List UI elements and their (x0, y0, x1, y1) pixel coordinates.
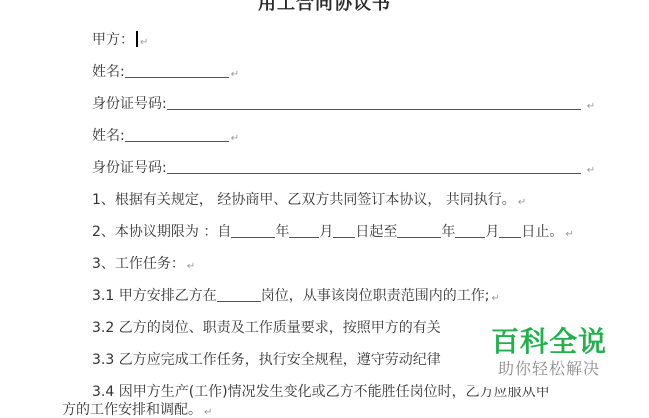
paragraph-mark-icon: ↵ (231, 69, 239, 80)
name-blank-field[interactable] (125, 128, 229, 142)
month-label: 月 (485, 224, 499, 240)
clause-3-text: 3、工作任务： (92, 256, 185, 272)
id-label: 身份证号码: (92, 160, 167, 176)
clause-3-2[interactable]: 3.2 乙方的岗位、职责及工作质量要求，按照甲方的有关 (92, 319, 441, 337)
name-label: 姓名: (92, 128, 125, 144)
clause-3-4-continuation: 方的工作安排和调配。 (62, 402, 202, 418)
id-blank-field[interactable] (167, 96, 581, 110)
id-label: 身份证号码: (92, 96, 167, 112)
day-label: 日起至 (355, 224, 397, 240)
party-a-label: 甲方： (92, 32, 134, 48)
name-blank-field[interactable] (125, 64, 229, 78)
clause-2-prefix: 2、本协议期限为 ：自 (92, 224, 231, 240)
paragraph-mark-icon: ↵ (587, 165, 595, 176)
watermark-logo: 百科全说 助你轻松解决 (474, 325, 624, 387)
name-line-2[interactable]: 姓名:↵ (92, 127, 239, 148)
month-label: 月 (319, 224, 333, 240)
paragraph-mark-icon: ↵ (231, 133, 239, 144)
id-line-2[interactable]: 身份证号码:↵ (92, 159, 595, 180)
year-label: 年 (441, 224, 455, 240)
position-blank[interactable] (217, 288, 261, 302)
start-day-blank[interactable] (333, 224, 355, 238)
watermark-slogan: 助你轻松解决 (474, 359, 624, 379)
paragraph-mark-icon: ↵ (491, 293, 499, 304)
paragraph-mark-icon: ↵ (187, 261, 195, 272)
paragraph-mark-icon: ↵ (587, 101, 595, 112)
start-year-blank[interactable] (231, 224, 275, 238)
clause-3[interactable]: 3、工作任务：↵ (92, 255, 195, 276)
year-label: 年 (275, 224, 289, 240)
paragraph-mark-icon: ↵ (140, 37, 148, 48)
id-line-1[interactable]: 身份证号码:↵ (92, 95, 595, 116)
clause-1-text: 1、根据有关规定， 经协商甲、乙双方共同签订本协议， 共同执行。 (92, 192, 516, 208)
document-title: 用工合同协议书 (0, 0, 649, 15)
clause-2[interactable]: 2、本协议期限为 ：自年月日起至年月日止。↵ (92, 223, 574, 244)
watermark-brand: 百科全说 (474, 325, 624, 359)
paragraph-mark-icon: ↵ (518, 197, 526, 208)
id-blank-field[interactable] (167, 160, 581, 174)
clause-1[interactable]: 1、根据有关规定， 经协商甲、乙双方共同签订本协议， 共同执行。↵ (92, 191, 526, 212)
clause-3-3[interactable]: 3.3 乙方应完成工作任务，执行安全规程，遵守劳动纪律 (92, 351, 441, 369)
clause-3-2-text: 3.2 乙方的岗位、职责及工作质量要求，按照甲方的有关 (92, 320, 441, 336)
start-month-blank[interactable] (289, 224, 319, 238)
end-month-blank[interactable] (455, 224, 485, 238)
document-page[interactable]: 用工合同协议书 甲方：↵ 姓名:↵ 身份证号码:↵ 姓名:↵ 身份证号码:↵ 1… (0, 0, 649, 418)
party-a-line[interactable]: 甲方：↵ (92, 31, 148, 52)
clause-3-1[interactable]: 3.1 甲方安排乙方在岗位，从事该岗位职责范围内的工作;↵ (92, 287, 500, 308)
end-year-blank[interactable] (397, 224, 441, 238)
clause-3-1-suffix: 岗位，从事该岗位职责范围内的工作; (261, 288, 490, 304)
paragraph-mark-icon: ↵ (204, 407, 212, 418)
name-line-1[interactable]: 姓名:↵ (92, 63, 239, 84)
paragraph-mark-icon: ↵ (565, 229, 573, 240)
day-label: 日止。 (521, 224, 563, 240)
clause-3-4-line-2[interactable]: 方的工作安排和调配。↵ (62, 401, 212, 418)
end-day-blank[interactable] (499, 224, 521, 238)
clause-3-1-prefix: 3.1 甲方安排乙方在 (92, 288, 217, 304)
name-label: 姓名: (92, 64, 125, 80)
text-cursor (136, 31, 138, 47)
clause-3-3-text: 3.3 乙方应完成工作任务，执行安全规程，遵守劳动纪律 (92, 352, 441, 368)
